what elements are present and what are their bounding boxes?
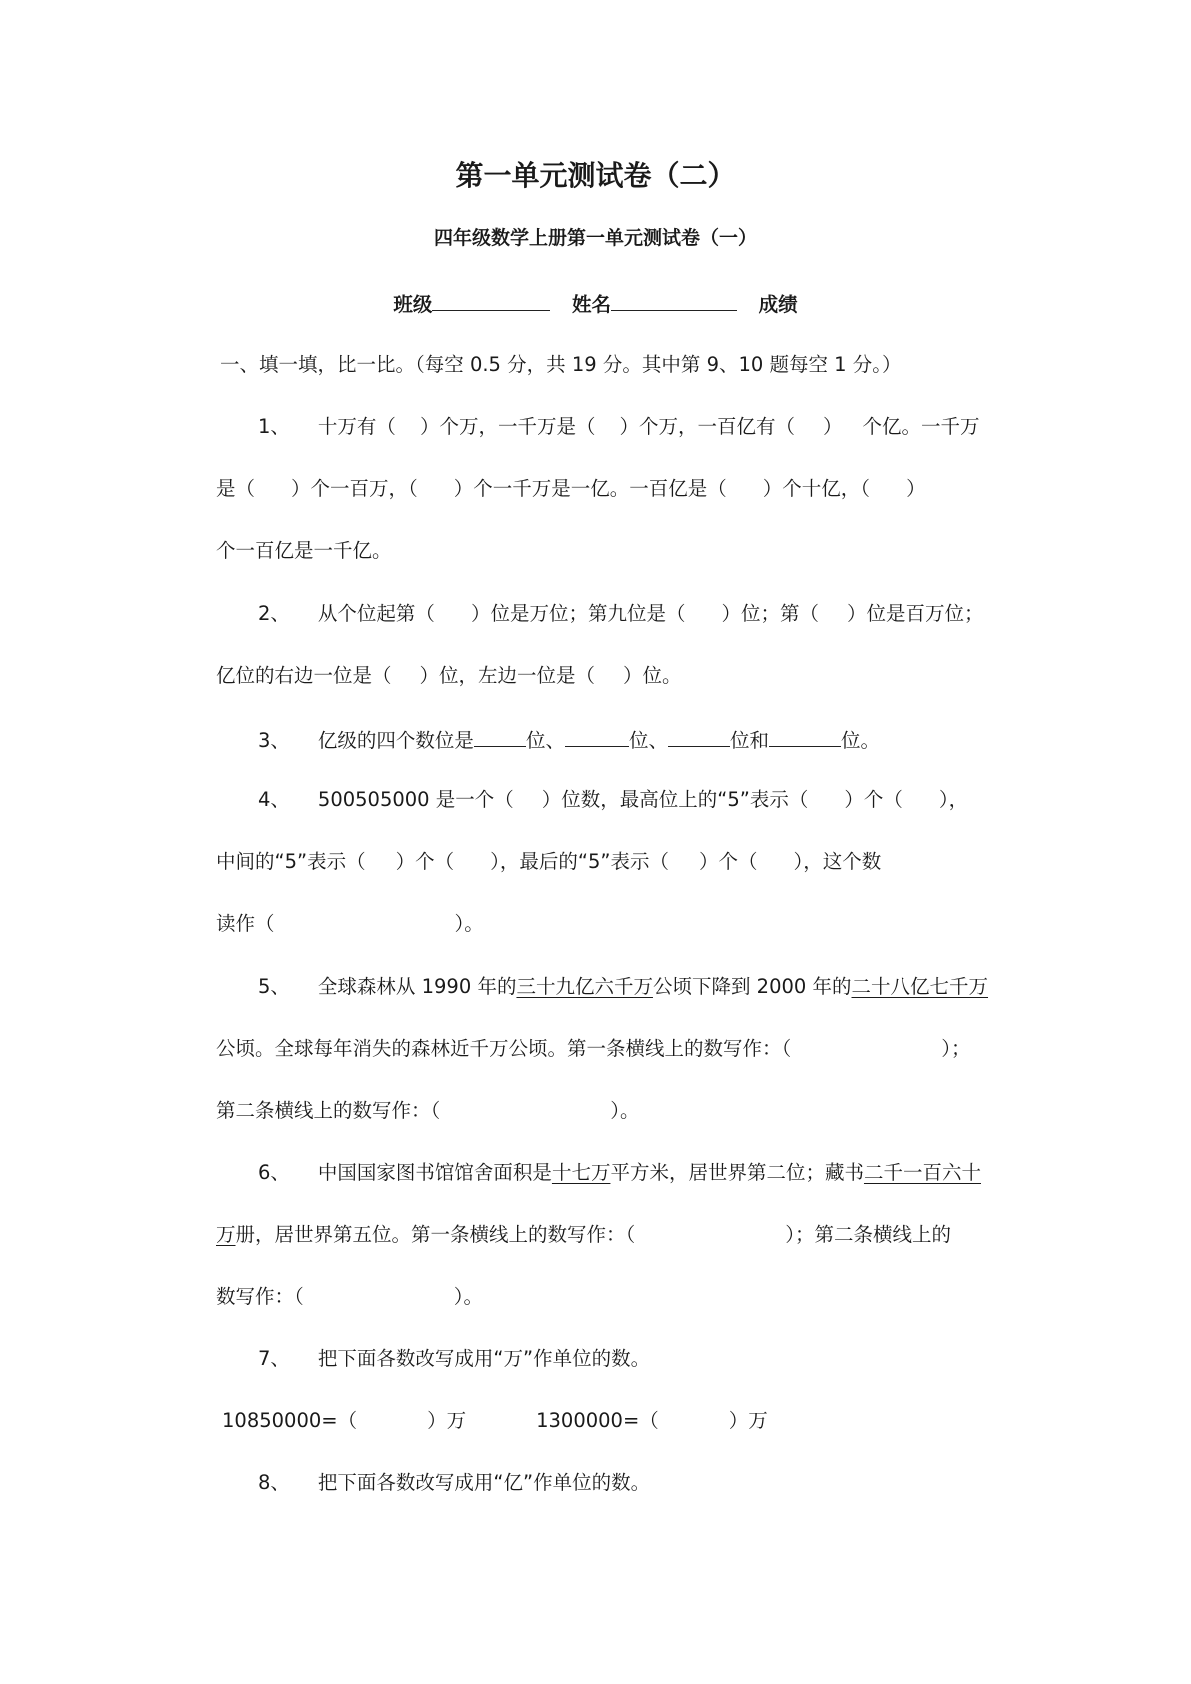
question-number: 7、 (258, 1347, 290, 1370)
student-info-row: 班级 姓名 成绩 (0, 288, 1191, 319)
question-number: 4、 (258, 788, 290, 811)
page-subtitle: 四年级数学上册第一单元测试卷（一） (0, 224, 1191, 252)
underlined-number-2: 二千一百六十 (864, 1161, 981, 1184)
question-1-line-2: 是（）个一百万，（）个一千万是一亿。一百亿是（）个十亿，（） (216, 475, 926, 503)
name-field[interactable] (611, 288, 737, 311)
question-4-line-2: 中间的“5”表示（）个（），最后的“5”表示（）个（），这个数 (216, 848, 881, 876)
answer-blank[interactable] (474, 724, 526, 747)
underlined-number-1: 三十九亿六千万 (516, 975, 653, 998)
question-number: 8、 (258, 1471, 290, 1494)
question-2-line-1: 2、从个位起第（）位是万位；第九位是（）位；第（）位是百万位； (258, 600, 983, 628)
question-3: 3、亿级的四个数位是位、位、位和位。 (258, 724, 880, 755)
question-6-line-3: 数写作：（）。 (216, 1283, 483, 1311)
question-7: 7、把下面各数改写成用“万”作单位的数。 (258, 1345, 650, 1373)
question-number: 1、 (258, 415, 290, 438)
question-8: 8、把下面各数改写成用“亿”作单位的数。 (258, 1469, 650, 1497)
answer-blank[interactable] (769, 724, 841, 747)
question-5-line-1: 5、全球森林从 1990 年的三十九亿六千万公顷下降到 2000 年的二十八亿七… (258, 973, 988, 1001)
question-1-line-3: 个一百亿是一千亿。 (216, 537, 392, 565)
question-6-line-2: 万册，居世界第五位。第一条横线上的数写作：（）；第二条横线上的 (216, 1221, 951, 1249)
question-number: 6、 (258, 1161, 290, 1184)
class-field[interactable] (432, 288, 550, 311)
answer-blank[interactable] (668, 724, 730, 747)
question-5-line-2: 公顷。全球每年消失的森林近千万公顷。第一条横线上的数写作：（）； (216, 1035, 971, 1063)
question-2-line-2: 亿位的右边一位是（）位，左边一位是（）位。 (216, 662, 682, 690)
question-4-line-3: 读作（）。 (216, 910, 484, 938)
exam-page: 第一单元测试卷（二） 四年级数学上册第一单元测试卷（一） 班级 姓名 成绩 一、… (0, 0, 1191, 1684)
score-label: 成绩 (759, 293, 798, 316)
answer-blank[interactable] (565, 724, 629, 747)
underlined-number-2: 二十八亿七千万 (852, 975, 989, 998)
question-4-line-1: 4、500505000 是一个（）位数，最高位上的“5”表示（）个（）， (258, 786, 968, 814)
section-heading: 一、填一填，比一比。（每空 0.5 分，共 19 分。其中第 9、10 题每空 … (220, 351, 902, 379)
question-5-line-3: 第二条横线上的数写作：（）。 (216, 1097, 640, 1125)
question-6-line-1: 6、中国国家图书馆馆舍面积是十七万平方米，居世界第二位；藏书二千一百六十 (258, 1159, 981, 1187)
underlined-number-1: 十七万 (552, 1161, 611, 1184)
page-title: 第一单元测试卷（二） (0, 158, 1191, 194)
question-7-items: 10850000=（）万1300000=（）万 (222, 1407, 768, 1435)
class-label: 班级 (393, 293, 432, 316)
question-number: 2、 (258, 602, 290, 625)
question-number: 3、 (258, 729, 290, 752)
question-1-line-1: 1、十万有（）个万，一千万是（）个万，一百亿有（）个亿。一千万 (258, 413, 980, 441)
underlined-number-2-cont: 万 (216, 1223, 236, 1246)
question-number: 5、 (258, 975, 290, 998)
name-label: 姓名 (572, 293, 611, 316)
